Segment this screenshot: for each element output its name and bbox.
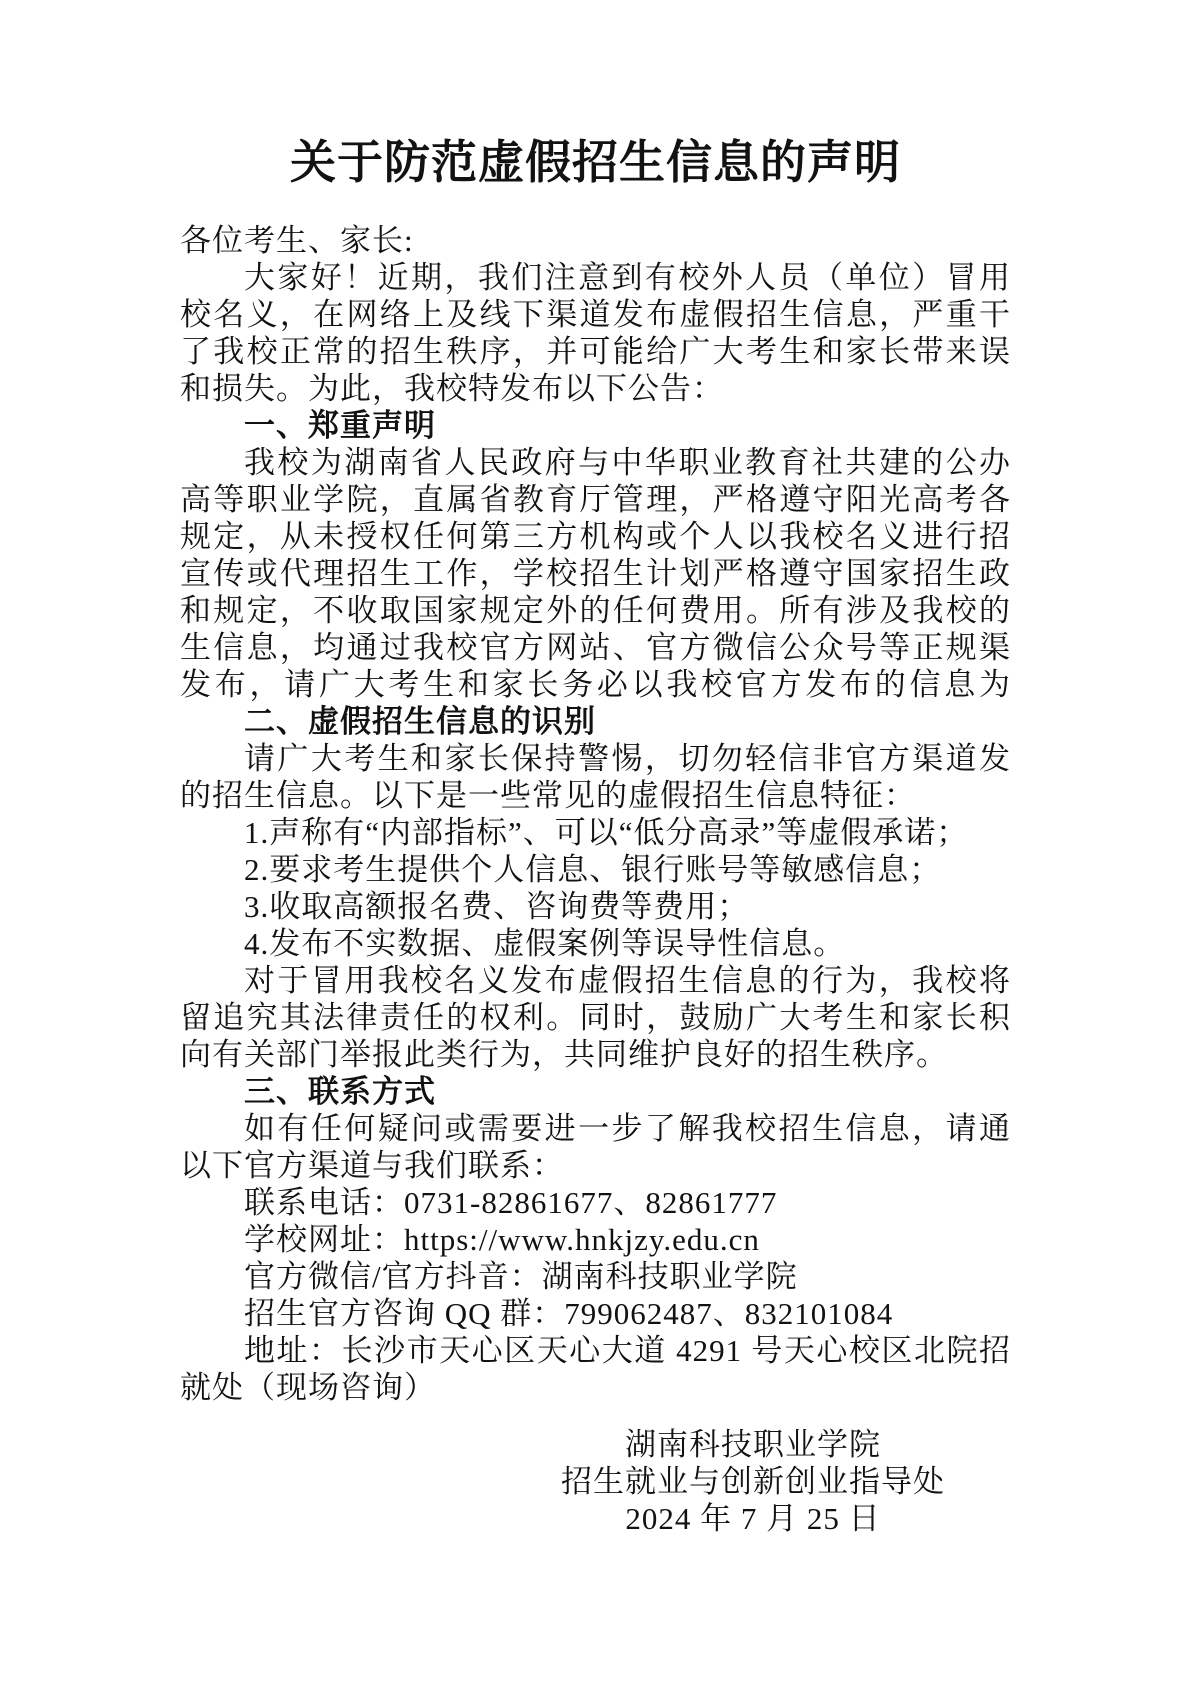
body-line: 生信息，均通过我校官方网站、官方微信公众号等正规渠道 [180, 629, 1011, 666]
section-3-heading: 三、联系方式 [180, 1073, 1011, 1110]
contact-qq-line: 招生官方咨询 QQ 群：799062487、832101084 [180, 1295, 1011, 1332]
document-page: 关于防范虚假招生信息的声明 各位考生、家长: 大家好！近期，我们注意到有校外人员… [0, 0, 1191, 1684]
document-title: 关于防范虚假招生信息的声明 [0, 140, 1191, 186]
body-line: 和损失。为此，我校特发布以下公告： [180, 370, 1011, 407]
body-line: 留追究其法律责任的权利。同时，鼓励广大考生和家长积极 [180, 999, 1011, 1036]
body-line: 规定，从未授权任何第三方机构或个人以我校名义进行招生 [180, 518, 1011, 555]
list-item-4: 4.发布不实数据、虚假案例等误导性信息。 [180, 925, 1011, 962]
signature-org: 湖南科技职业学院 [557, 1426, 949, 1463]
body-line: 发布，请广大考生和家长务必以我校官方发布的信息为准。 [180, 666, 1011, 703]
body-line: 了我校正常的招生秩序，并可能给广大考生和家长带来误导 [180, 333, 1011, 370]
body-line: 我校为湖南省人民政府与中华职业教育社共建的公办 [180, 444, 1011, 481]
address-line: 地址：长沙市天心区天心大道 4291 号天心校区北院招 [180, 1332, 1011, 1369]
contact-wechat-line: 官方微信/官方抖音：湖南科技职业学院 [180, 1258, 1011, 1295]
body-line: 请广大考生和家长保持警惕，切勿轻信非官方渠道发布 [180, 740, 1011, 777]
body-line: 的招生信息。以下是一些常见的虚假招生信息特征： [180, 777, 1011, 814]
salutation-line: 各位考生、家长: [180, 222, 1011, 259]
signature-dept: 招生就业与创新创业指导处 [557, 1463, 949, 1500]
contact-website-line: 学校网址：https://www.hnkjzy.edu.cn [180, 1221, 1011, 1258]
body-line: 对于冒用我校名义发布虚假招生信息的行为，我校将保 [180, 962, 1011, 999]
body-line: 高等职业学院，直属省教育厅管理，严格遵守阳光高考各项 [180, 481, 1011, 518]
signature-block: 湖南科技职业学院 招生就业与创新创业指导处 2024 年 7 月 25 日 [557, 1426, 949, 1537]
address-line: 就处（现场咨询） [180, 1369, 1011, 1406]
signature-date: 2024 年 7 月 25 日 [557, 1500, 949, 1537]
body-line: 大家好！近期，我们注意到有校外人员（单位）冒用我 [180, 259, 1011, 296]
list-item-2: 2.要求考生提供个人信息、银行账号等敏感信息； [180, 851, 1011, 888]
section-1-heading: 一、郑重声明 [180, 407, 1011, 444]
list-item-1: 1.声称有“内部指标”、可以“低分高录”等虚假承诺； [180, 814, 1011, 851]
section-2-heading: 二、虚假招生信息的识别 [180, 703, 1011, 740]
body-line: 向有关部门举报此类行为，共同维护良好的招生秩序。 [180, 1036, 1011, 1073]
body-line: 校名义，在网络上及线下渠道发布虚假招生信息，严重干扰 [180, 296, 1011, 333]
list-item-3: 3.收取高额报名费、咨询费等费用； [180, 888, 1011, 925]
body-line: 和规定，不收取国家规定外的任何费用。所有涉及我校的招 [180, 592, 1011, 629]
body-line: 宣传或代理招生工作，学校招生计划严格遵守国家招生政策 [180, 555, 1011, 592]
body-line: 如有任何疑问或需要进一步了解我校招生信息，请通过 [180, 1110, 1011, 1147]
document-body: 各位考生、家长: 大家好！近期，我们注意到有校外人员（单位）冒用我 校名义，在网… [180, 222, 1011, 1537]
contact-phone-line: 联系电话：0731-82861677、82861777 [180, 1184, 1011, 1221]
body-line: 以下官方渠道与我们联系： [180, 1147, 1011, 1184]
